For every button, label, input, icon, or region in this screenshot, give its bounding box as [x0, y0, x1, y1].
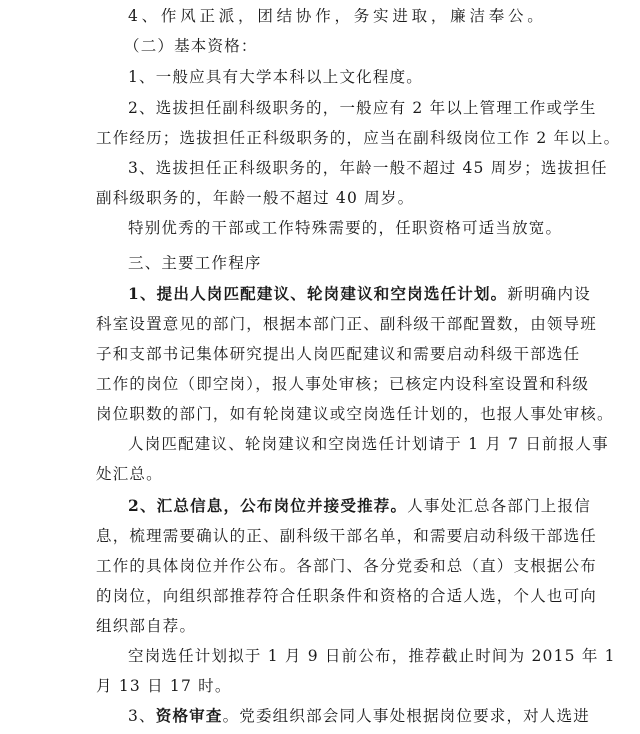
paragraph-line: 子和支部书记集体研究提出人岗匹配建议和需要启动科级干部选任 [96, 342, 544, 366]
step-text: 新明确内设 [507, 285, 591, 303]
paragraph-line: 2、汇总信息，公布岗位并接受推荐。人事处汇总各部门上报信 [128, 494, 544, 518]
step-title: 资格审查 [156, 706, 223, 725]
paragraph-line: 组织部自荐。 [96, 614, 544, 638]
paragraph-line: 工作的具体岗位并作公布。各部门、各分党委和总（直）支根据公布 [96, 554, 544, 578]
paragraph-line: 科室设置意见的部门，根据本部门正、副科级干部配置数，由领导班 [96, 312, 544, 336]
step-number: 3、 [128, 707, 156, 725]
paragraph-line: 工作经历；选拔担任正科级职务的，应当在副科级岗位工作 2 年以上。 [96, 126, 544, 150]
paragraph-line: 副科级职务的，年龄一般不超过 40 周岁。 [96, 186, 544, 210]
paragraph-line: 3、选拔担任正科级职务的，年龄一般不超过 45 周岁；选拔担任 [128, 156, 544, 180]
document-page: 4、作风正派，团结协作，务实进取，廉洁奉公。 （二）基本资格： 1、一般应具有大… [0, 0, 640, 734]
paragraph-line: 4、作风正派，团结协作，务实进取，廉洁奉公。 [128, 4, 544, 28]
paragraph-line: 人岗匹配建议、轮岗建议和空岗选任计划请于 1 月 7 日前报人事 [128, 432, 544, 456]
paragraph-line: 特别优秀的干部或工作特殊需要的，任职资格可适当放宽。 [128, 216, 544, 240]
step-text: 。党委组织部会同人事处根据岗位要求，对人选进 [223, 707, 590, 725]
step-title: 2、汇总信息，公布岗位并接受推荐。 [128, 496, 407, 515]
paragraph-line: 月 13 日 17 时。 [96, 674, 544, 698]
paragraph-line: 1、提出人岗匹配建议、轮岗建议和空岗选任计划。新明确内设 [128, 282, 544, 306]
paragraph-line: 1、一般应具有大学本科以上文化程度。 [128, 65, 544, 89]
section-heading: 三、主要工作程序 [128, 251, 576, 275]
paragraph-line: 工作的岗位（即空岗），报人事处审核；已核定内设科室设置和科级 [96, 372, 544, 396]
paragraph-line: 2、选拔担任副科级职务的，一般应有 2 年以上管理工作或学生 [128, 96, 544, 120]
section-subheading: （二）基本资格： [124, 34, 572, 58]
paragraph-line: 的岗位，向组织部推荐符合任职条件和资格的合适人选，个人也可向 [96, 584, 544, 608]
paragraph-line: 岗位职数的部门，如有轮岗建议或空岗选任计划的，也报人事处审核。 [96, 402, 544, 426]
paragraph-line: 3、资格审查。党委组织部会同人事处根据岗位要求，对人选进 [128, 704, 544, 728]
paragraph-line: 空岗选任计划拟于 1 月 9 日前公布，推荐截止时间为 2015 年 1 [128, 644, 544, 668]
paragraph-line: 息，梳理需要确认的正、副科级干部名单，和需要启动科级干部选任 [96, 524, 544, 548]
step-text: 人事处汇总各部门上报信 [407, 497, 591, 515]
step-title: 1、提出人岗匹配建议、轮岗建议和空岗选任计划。 [128, 284, 507, 303]
paragraph-line: 处汇总。 [96, 462, 544, 486]
